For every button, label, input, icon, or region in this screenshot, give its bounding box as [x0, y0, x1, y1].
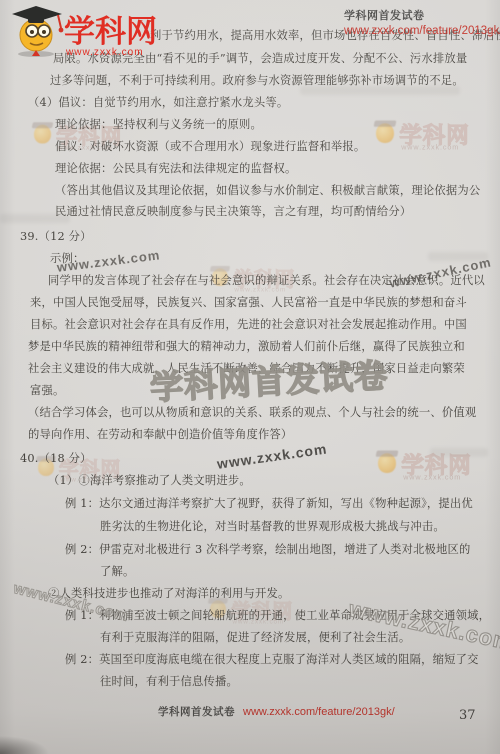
- header-url: www.zxxk.com/feature/2013gk/: [344, 25, 500, 37]
- text-line: 来，中国人民饱受屈辱，民族复兴、国家富强、人民富裕一直是中华民族的梦想和奋斗: [30, 294, 467, 310]
- url-watermark: www.zxxk.com: [347, 596, 500, 656]
- zxxk-brand-logo: 学科网 www.zxxk.com: [6, 2, 166, 60]
- footer: 学科网首发试卷www.zxxk.com/feature/2013gk/: [158, 702, 395, 720]
- text-line: 有利于克服海洋的阻隔，促进了经济发展，便利了社会生活。: [100, 629, 410, 645]
- bleedthrough-smudge: [430, 448, 488, 457]
- text-line: 理论依据：坚持权利与义务统一的原则。: [55, 116, 262, 132]
- brand-name-text: 学科网: [64, 14, 157, 49]
- text-line: 40.（18 分）: [20, 450, 92, 466]
- header-right: 学科网首发试卷 www.zxxk.com/feature/2013gk/: [344, 7, 500, 37]
- text-line: （答出其他倡议及其理论依据，如倡议参与水价制定、积极献言献策，理论依据为公: [55, 182, 480, 198]
- mascot-icon: [376, 123, 394, 143]
- text-line: 例 2：英国至印度海底电缆在很大程度上克服了海洋对人类区域的阻隔，缩短了交: [65, 651, 479, 667]
- mascot-icon: 学科网 www.zxxk.com: [6, 2, 166, 60]
- scanned-exam-page: 学科网www.zxxk.com学科网www.zxxk.com学科网www.zxx…: [0, 0, 500, 754]
- text-line: （1）①海洋考察推动了人类文明进步。: [48, 472, 251, 488]
- text-line: 理论依据：公民具有宪法和法律规定的监督权。: [55, 160, 296, 176]
- mascot-icon: [34, 125, 51, 144]
- watermark-first-release-banner: 学科网首发试卷: [149, 350, 389, 409]
- text-line: 过多等问题，不利于可持续利用。政府参与水资源管理能够弥补市场调节的不足。: [50, 72, 464, 88]
- text-line: （4）倡议：自觉节约用水，如注意拧紧水龙头等。: [28, 94, 288, 110]
- watermark-site-text: www.zxxk.com: [403, 473, 461, 481]
- text-line: 胜劣汰的生物进化论，对当时基督教的世界观形成极大挑战与冲击。: [100, 518, 445, 534]
- page-number: 37: [459, 708, 476, 723]
- footer-title: 学科网首发试卷: [158, 706, 235, 718]
- mascot-icon: [378, 453, 396, 473]
- watermark-site-text: www.zxxk.com: [401, 143, 459, 151]
- text-line: 富强。: [30, 382, 65, 398]
- text-line: 民通过社情民意反映制度参与民主决策等，言之有理，均可酌情给分）: [55, 203, 411, 219]
- footer-url: www.zxxk.com/feature/2013gk/: [243, 706, 395, 718]
- text-line: 例 1：达尔文通过海洋考察扩大了视野，获得了新知，写出《物种起源》，提出优: [65, 495, 473, 511]
- url-watermark: www.zxxk.com: [216, 441, 328, 472]
- text-line: 了解。: [100, 563, 135, 579]
- text-line: 梦是中华民族的精神纽带和强大的精神动力，激励着人们前仆后继，赢得了民族独立和: [28, 338, 465, 354]
- brand-site-text: www.zxxk.com: [65, 47, 144, 58]
- header-title: 学科网首发试卷: [344, 7, 500, 23]
- text-line: 例 2：伊雷克对北极进行 3 次科学考察，绘制出地图，增进了人类对北极地区的: [65, 541, 471, 557]
- text-line: 目标。社会意识对社会存在具有反作用，先进的社会意识对社会发展起推动作用。中国: [30, 316, 467, 332]
- text-line: 39.（12 分）: [20, 228, 92, 244]
- text-line: 往时间，有利于信息传播。: [100, 673, 238, 689]
- text-line: （结合学习体会，也可以从物质和意识的关系、联系的观点、个人与社会的统一、价值观: [28, 404, 476, 420]
- zxxk-logo-watermark: 学科网www.zxxk.com: [376, 116, 493, 154]
- text-line: 的导向作用、在劳动和奉献中创造价值等角度作答）: [28, 426, 292, 442]
- text-line: 倡议：对破坏水资源（或不合理用水）现象进行监督和举报。: [55, 138, 365, 154]
